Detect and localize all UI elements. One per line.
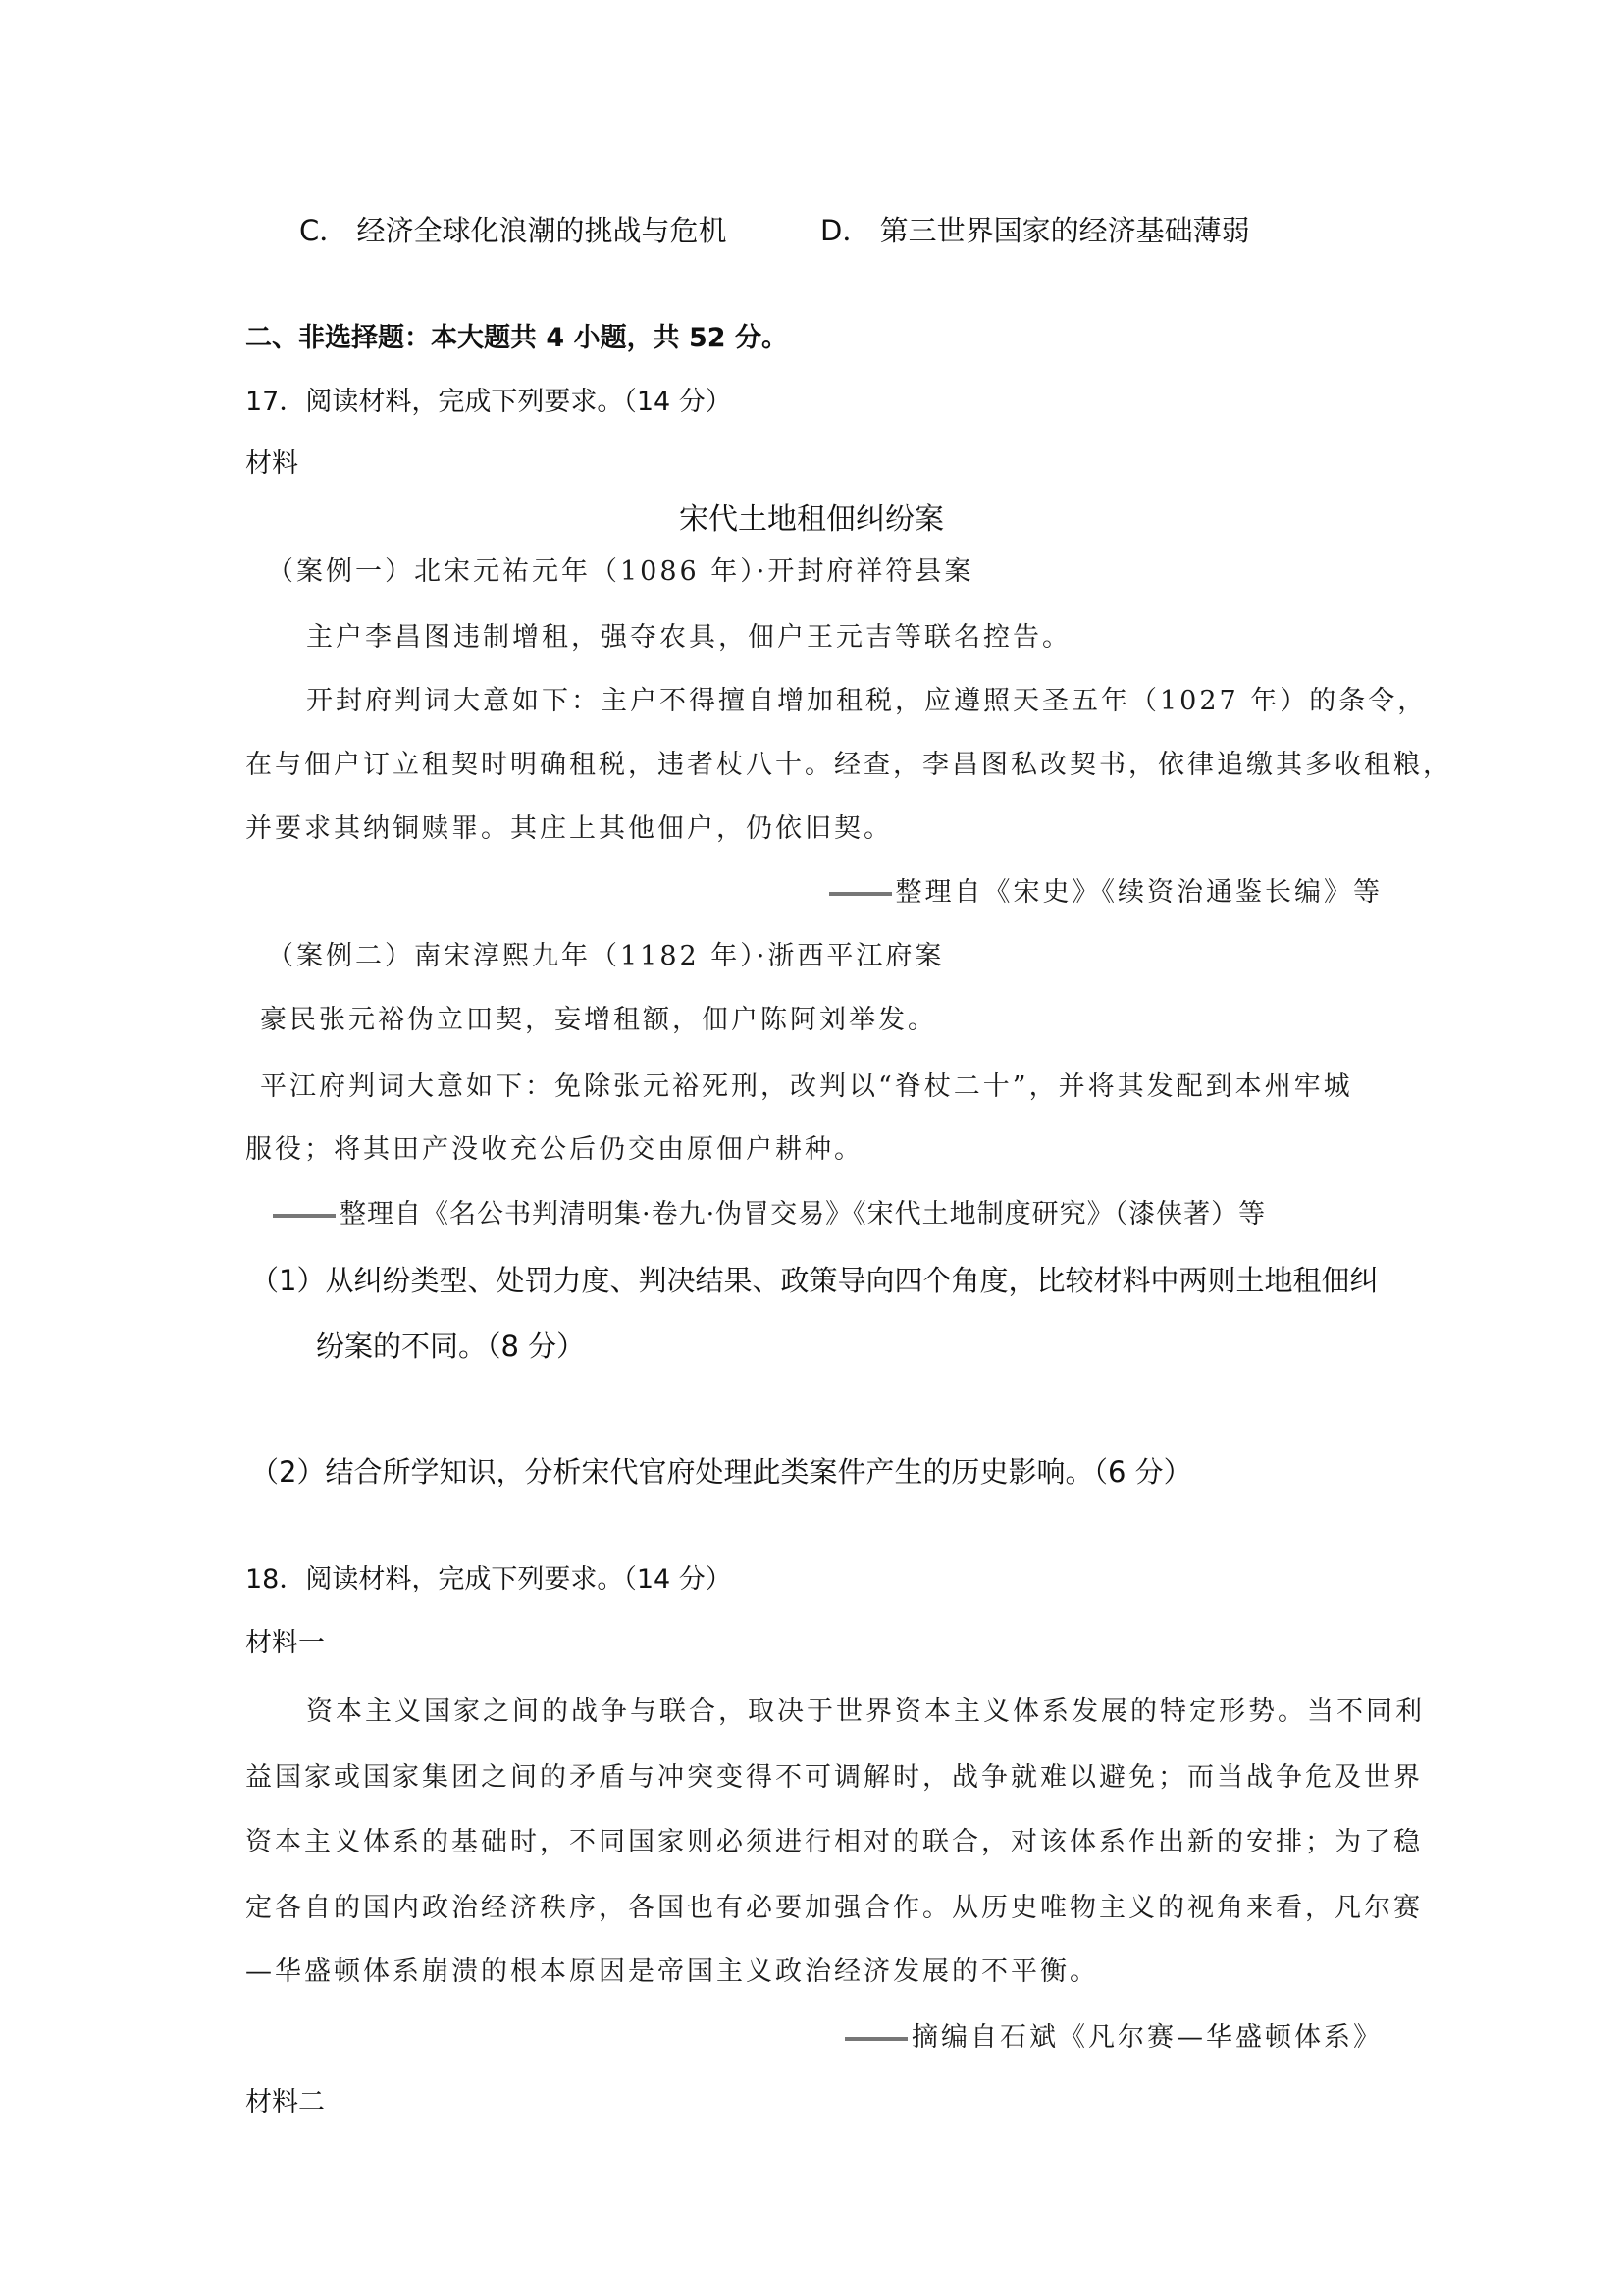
- q18-material1-line-3: 资本主义体系的基础时，不同国家则必须进行相对的联合，对该体系作出新的安排；为了稳: [245, 1823, 1423, 1862]
- case1-source: 整理自《宋史》《续资治通鉴长编》等: [829, 873, 1384, 913]
- q18-material1-line-5: —华盛顿体系崩溃的根本原因是帝国主义政治经济发展的不平衡。: [245, 1953, 1099, 1992]
- case2-facts: 豪民张元裕伪立田契，妄增租额，佃户陈阿刘举发。: [260, 1001, 937, 1040]
- option-d: D． 第三世界国家的经济基础薄弱: [820, 211, 1250, 250]
- q17-sub1-line-1: （1）从纠纷类型、处罚力度、判决结果、政策导向四个角度，比较材料中两则土地租佃纠: [250, 1261, 1378, 1300]
- case2-source-text: 整理自《名公书判清明集·卷九·伪冒交易》《宋代土地制度研究》（漆侠著）等: [340, 1199, 1266, 1229]
- q18-stem: 18．阅读材料，完成下列要求。（14 分）: [245, 1560, 732, 1599]
- option-c: C． 经济全球化浪潮的挑战与危机: [299, 211, 726, 250]
- q18-material1-label: 材料一: [245, 1624, 325, 1663]
- q17-sub1-line-2: 纷案的不同。（8 分）: [316, 1327, 585, 1366]
- q18-material2-label: 材料二: [245, 2083, 325, 2122]
- case1-ruling-line-1: 开封府判词大意如下：主户不得擅自增加租税，应遵照天圣五年（1027 年）的条令，: [306, 682, 1427, 721]
- q17-sub2: （2）结合所学知识，分析宋代官府处理此类案件产生的历史影响。（6 分）: [250, 1452, 1192, 1491]
- section-header: 二、非选择题：本大题共 4 小题，共 52 分。: [245, 319, 788, 358]
- q18-material1-line-1: 资本主义国家之间的战争与联合，取决于世界资本主义体系发展的特定形势。当不同利: [306, 1693, 1425, 1732]
- source-dash: [829, 892, 892, 896]
- q18-material1-source: 摘编自石斌《凡尔赛—华盛顿体系》: [845, 2018, 1383, 2058]
- option-c-text: 经济全球化浪潮的挑战与危机: [356, 214, 726, 247]
- case2-ruling-line-1: 平江府判词大意如下：免除张元裕死刑，改判以“脊杖二十”，并将其发配到本州牢城: [260, 1068, 1353, 1107]
- option-d-letter: D．: [820, 214, 870, 247]
- case2-heading: （案例二）南宋淳熙九年（1182 年）·浙西平江府案: [267, 937, 944, 976]
- case1-ruling-line-2: 在与佃户订立租契时明确租税，违者杖八十。经查，李昌图私改契书，依律追缴其多收租粮…: [245, 746, 1452, 785]
- case1-ruling-line-3: 并要求其纳铜赎罪。其庄上其他佃户，仍依旧契。: [245, 809, 893, 849]
- case2-source: 整理自《名公书判清明集·卷九·伪冒交易》《宋代土地制度研究》（漆侠著）等: [273, 1195, 1266, 1234]
- case2-ruling-line-2: 服役；将其田产没收充公后仍交由原佃户耕种。: [245, 1130, 864, 1170]
- option-c-letter: C．: [299, 214, 347, 247]
- q18-material1-line-2: 益国家或国家集团之间的矛盾与冲突变得不可调解时，战争就难以避免；而当战争危及世界: [245, 1758, 1423, 1798]
- option-d-text: 第三世界国家的经济基础薄弱: [880, 214, 1250, 247]
- q17-material-label: 材料: [245, 444, 298, 484]
- source-dash: [845, 2037, 908, 2041]
- case1-facts: 主户李昌图违制增租，强夺农具，佃户王元吉等联名控告。: [306, 618, 1072, 657]
- q17-material-title: 宋代土地租佃纠纷案: [0, 500, 1623, 540]
- q18-material1-source-text: 摘编自石斌《凡尔赛—华盛顿体系》: [912, 2022, 1383, 2053]
- q18-material1-line-4: 定各自的国内政治经济秩序，各国也有必要加强合作。从历史唯物主义的视角来看，凡尔赛: [245, 1889, 1423, 1928]
- source-dash: [273, 1214, 336, 1218]
- q17-stem: 17．阅读材料，完成下列要求。（14 分）: [245, 383, 732, 422]
- case1-source-text: 整理自《宋史》《续资治通鉴长编》等: [896, 877, 1384, 908]
- case1-heading: （案例一）北宋元祐元年（1086 年）·开封府祥符县案: [267, 552, 973, 592]
